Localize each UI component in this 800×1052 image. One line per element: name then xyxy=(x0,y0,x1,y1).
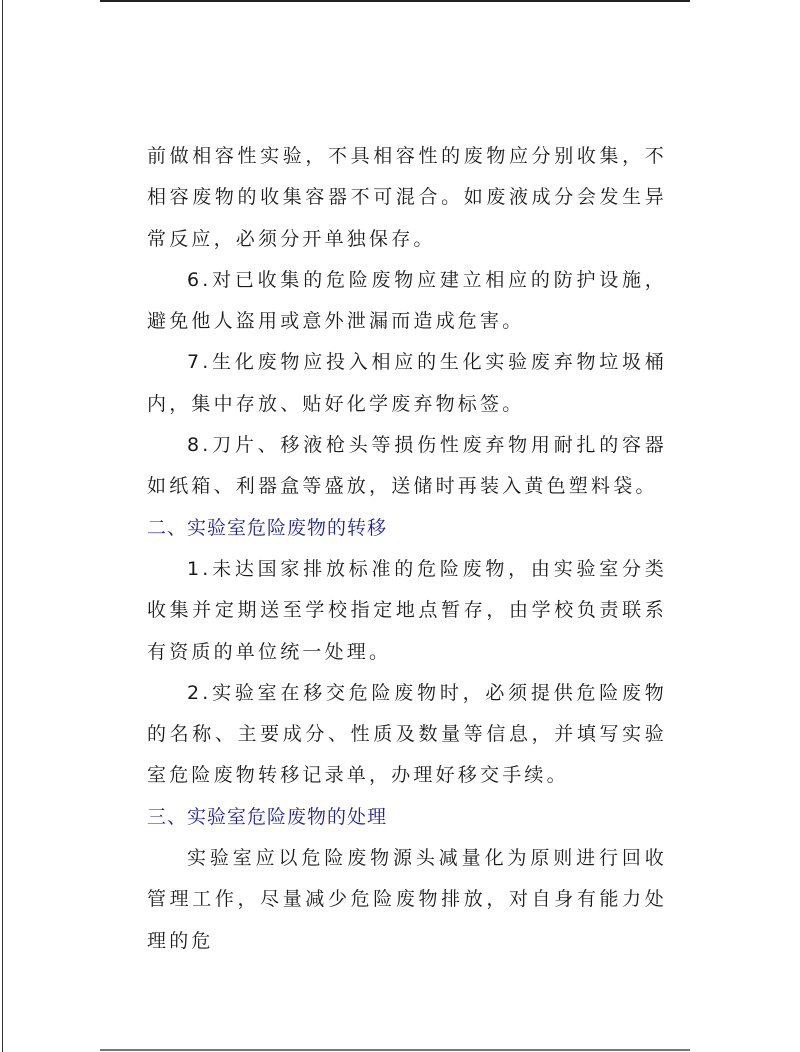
paragraph-item-8: 8.刀片、移液枪头等损伤性废弃物用耐扎的容器如纸箱、利器盒等盛放，送储时再装入黄… xyxy=(147,425,667,508)
footer-rule xyxy=(100,1049,690,1051)
paragraph-disposal: 实验室应以危险废物源头减量化为原则进行回收管理工作，尽量减少危险废物排放，对自身… xyxy=(147,838,667,962)
paragraph-item-6: 6.对已收集的危险废物应建立相应的防护设施，避免他人盗用或意外泄漏而造成危害。 xyxy=(147,260,667,343)
section-heading-transfer: 二、实验室危险废物的转移 xyxy=(147,508,667,549)
header-rule xyxy=(100,0,690,2)
section-heading-disposal: 三、实验室危险废物的处理 xyxy=(147,797,667,838)
page-left-border xyxy=(2,0,3,1052)
paragraph-item-7: 7.生化废物应投入相应的生化实验废弃物垃圾桶内，集中存放、贴好化学废弃物标签。 xyxy=(147,342,667,425)
paragraph-transfer-1: 1.未达国家排放标准的危险废物，由实验室分类收集并定期送至学校指定地点暂存，由学… xyxy=(147,549,667,673)
page-body: 前做相容性实验，不具相容性的废物应分别收集，不相容废物的收集容器不可混合。如废液… xyxy=(147,136,667,962)
paragraph-continuation: 前做相容性实验，不具相容性的废物应分别收集，不相容废物的收集容器不可混合。如废液… xyxy=(147,136,667,260)
paragraph-transfer-2: 2.实验室在移交危险废物时，必须提供危险废物的名称、主要成分、性质及数量等信息，… xyxy=(147,673,667,797)
